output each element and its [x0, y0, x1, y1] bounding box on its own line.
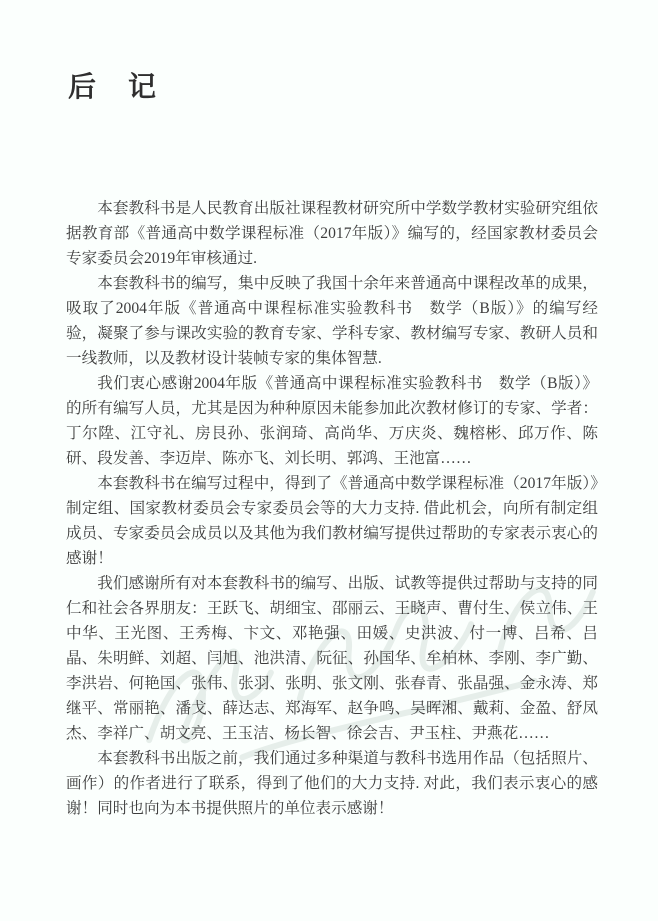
- afterword-body: 本套教科书是人民教育出版社课程教材研究所中学数学教材实验研究组依据教育部《普通高…: [66, 196, 598, 821]
- paragraph-thanks-names: 我们感谢所有对本套教科书的编写、出版、试教等提供过帮助与支持的同仁和社会各界朋友…: [66, 571, 598, 746]
- paragraph-thanks-works: 本套教科书出版之前，我们通过多种渠道与教科书选用作品（包括照片、画作）的作者进行…: [66, 746, 598, 821]
- paragraph-history: 本套教科书的编写，集中反映了我国十余年来普通高中课程改革的成果，吸取了2004年…: [66, 271, 598, 371]
- paragraph-thanks-cmte: 本套教科书在编写过程中，得到了《普通高中数学课程标准（2017年版）》制定组、国…: [66, 471, 598, 571]
- book-page: 后 记 本套教科书是人民教育出版社课程教材研究所中学数学教材实验研究组依据教育部…: [0, 0, 658, 921]
- paragraph-thanks-2004: 我们衷心感谢2004年版《普通高中课程标准实验教科书 数学（B版）》的所有编写人…: [66, 371, 598, 471]
- page-title: 后 记: [68, 70, 598, 106]
- paragraph-intro: 本套教科书是人民教育出版社课程教材研究所中学数学教材实验研究组依据教育部《普通高…: [66, 196, 598, 271]
